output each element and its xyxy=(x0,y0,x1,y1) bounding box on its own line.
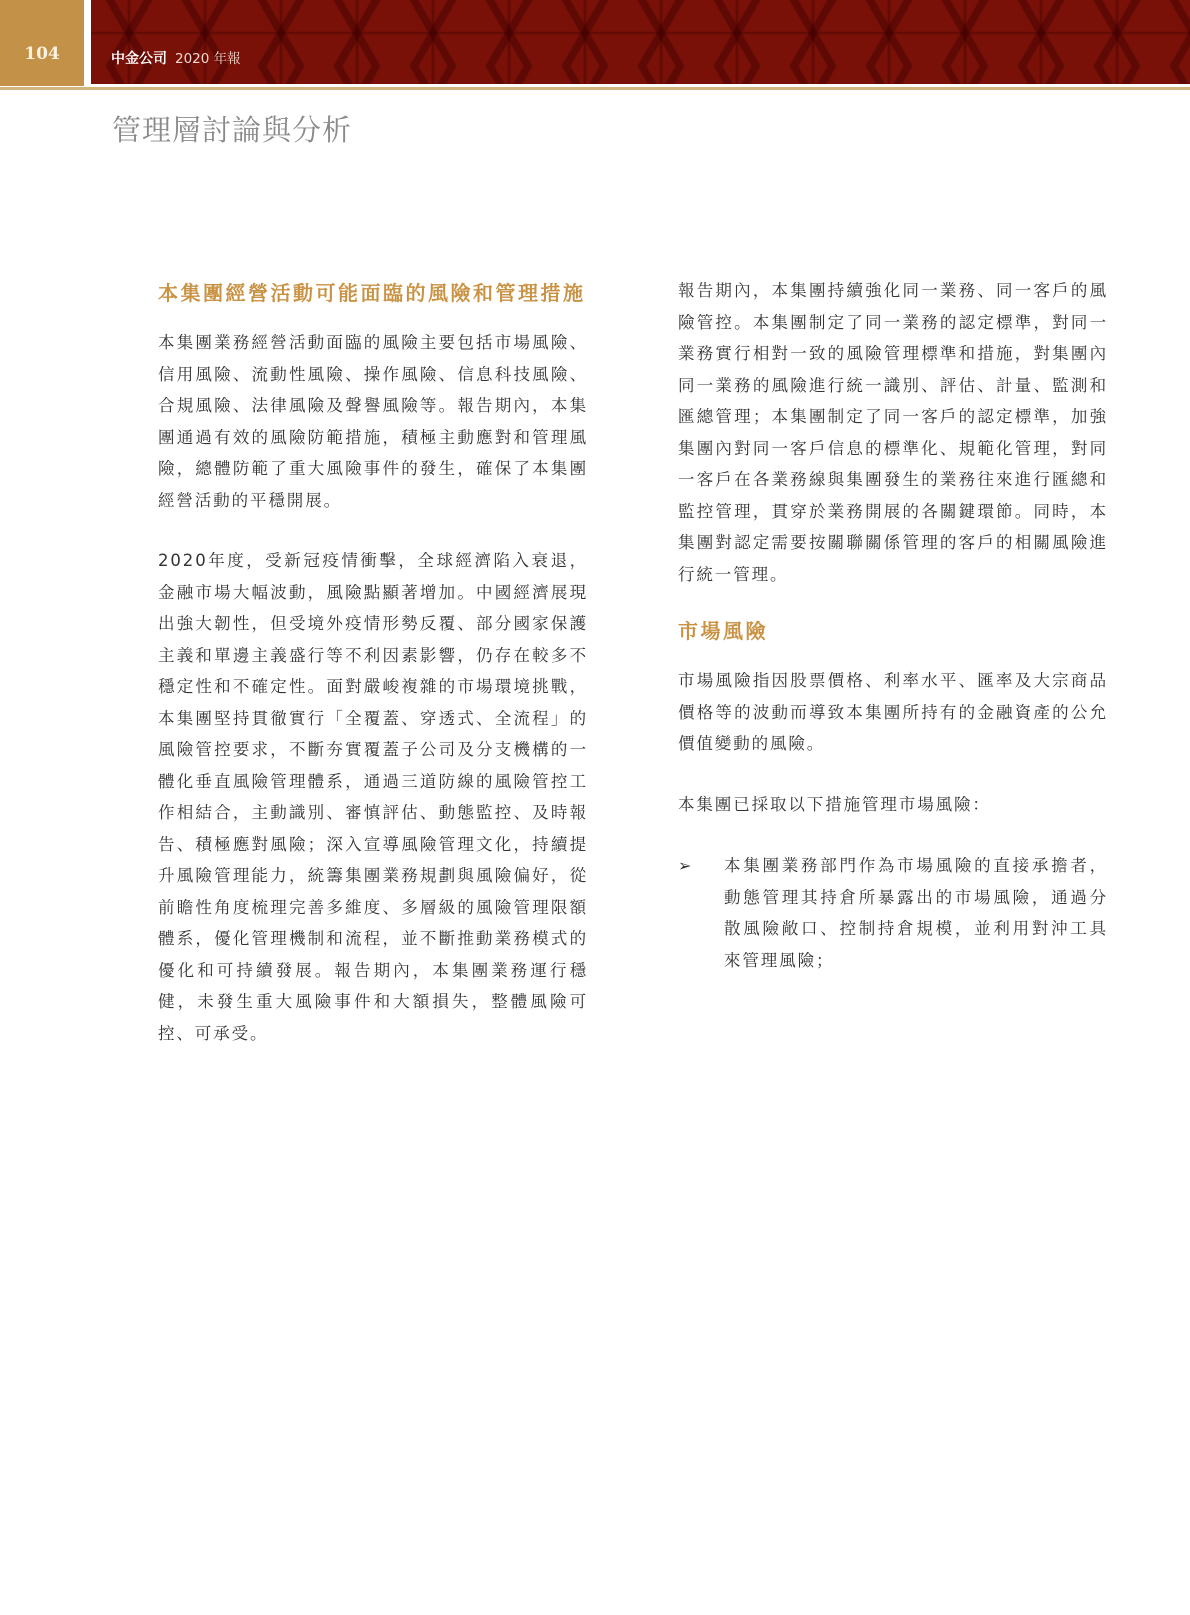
page-header: 104 中金公司2020 年報 xyxy=(0,0,1190,92)
bullet-text: 本集團業務部門作為市場風險的直接承擔者，動態管理其持倉所暴露出的市場風險，通過分… xyxy=(724,850,1108,976)
section-title: 管理層討論與分析 xyxy=(112,108,352,149)
page-number: 104 xyxy=(0,44,84,64)
report-name: 2020 年報 xyxy=(175,51,241,67)
right-column: 報告期內，本集團持續強化同一業務、同一客戶的風險管控。本集團制定了同一業務的認定… xyxy=(678,275,1108,976)
risk-heading: 本集團經營活動可能面臨的風險和管理措施 xyxy=(158,278,588,309)
paragraph: 市場風險指因股票價格、利率水平、匯率及大宗商品價格等的波動而導致本集團所持有的金… xyxy=(678,665,1108,760)
header-rule xyxy=(0,87,1190,90)
left-column: 本集團經營活動可能面臨的風險和管理措施 本集團業務經營活動面臨的風險主要包括市場… xyxy=(158,278,588,1049)
bullet-item: ➢ 本集團業務部門作為市場風險的直接承擔者，動態管理其持倉所暴露出的市場風險，通… xyxy=(678,850,1108,976)
market-risk-heading: 市場風險 xyxy=(678,616,1108,647)
paragraph: 本集團業務經營活動面臨的風險主要包括市場風險、信用風險、流動性風險、操作風險、信… xyxy=(158,327,588,516)
company-name: 中金公司 xyxy=(111,51,167,67)
page-number-box: 104 xyxy=(0,0,84,86)
report-title: 中金公司2020 年報 xyxy=(111,47,241,68)
header-banner: 中金公司2020 年報 xyxy=(91,0,1190,84)
paragraph: 報告期內，本集團持續強化同一業務、同一客戶的風險管控。本集團制定了同一業務的認定… xyxy=(678,275,1108,590)
paragraph: 2020年度，受新冠疫情衝擊，全球經濟陷入衰退，金融市場大幅波動，風險點顯著增加… xyxy=(158,545,588,1049)
arrow-bullet-icon: ➢ xyxy=(678,850,724,976)
paragraph: 本集團已採取以下措施管理市場風險： xyxy=(678,789,1108,821)
